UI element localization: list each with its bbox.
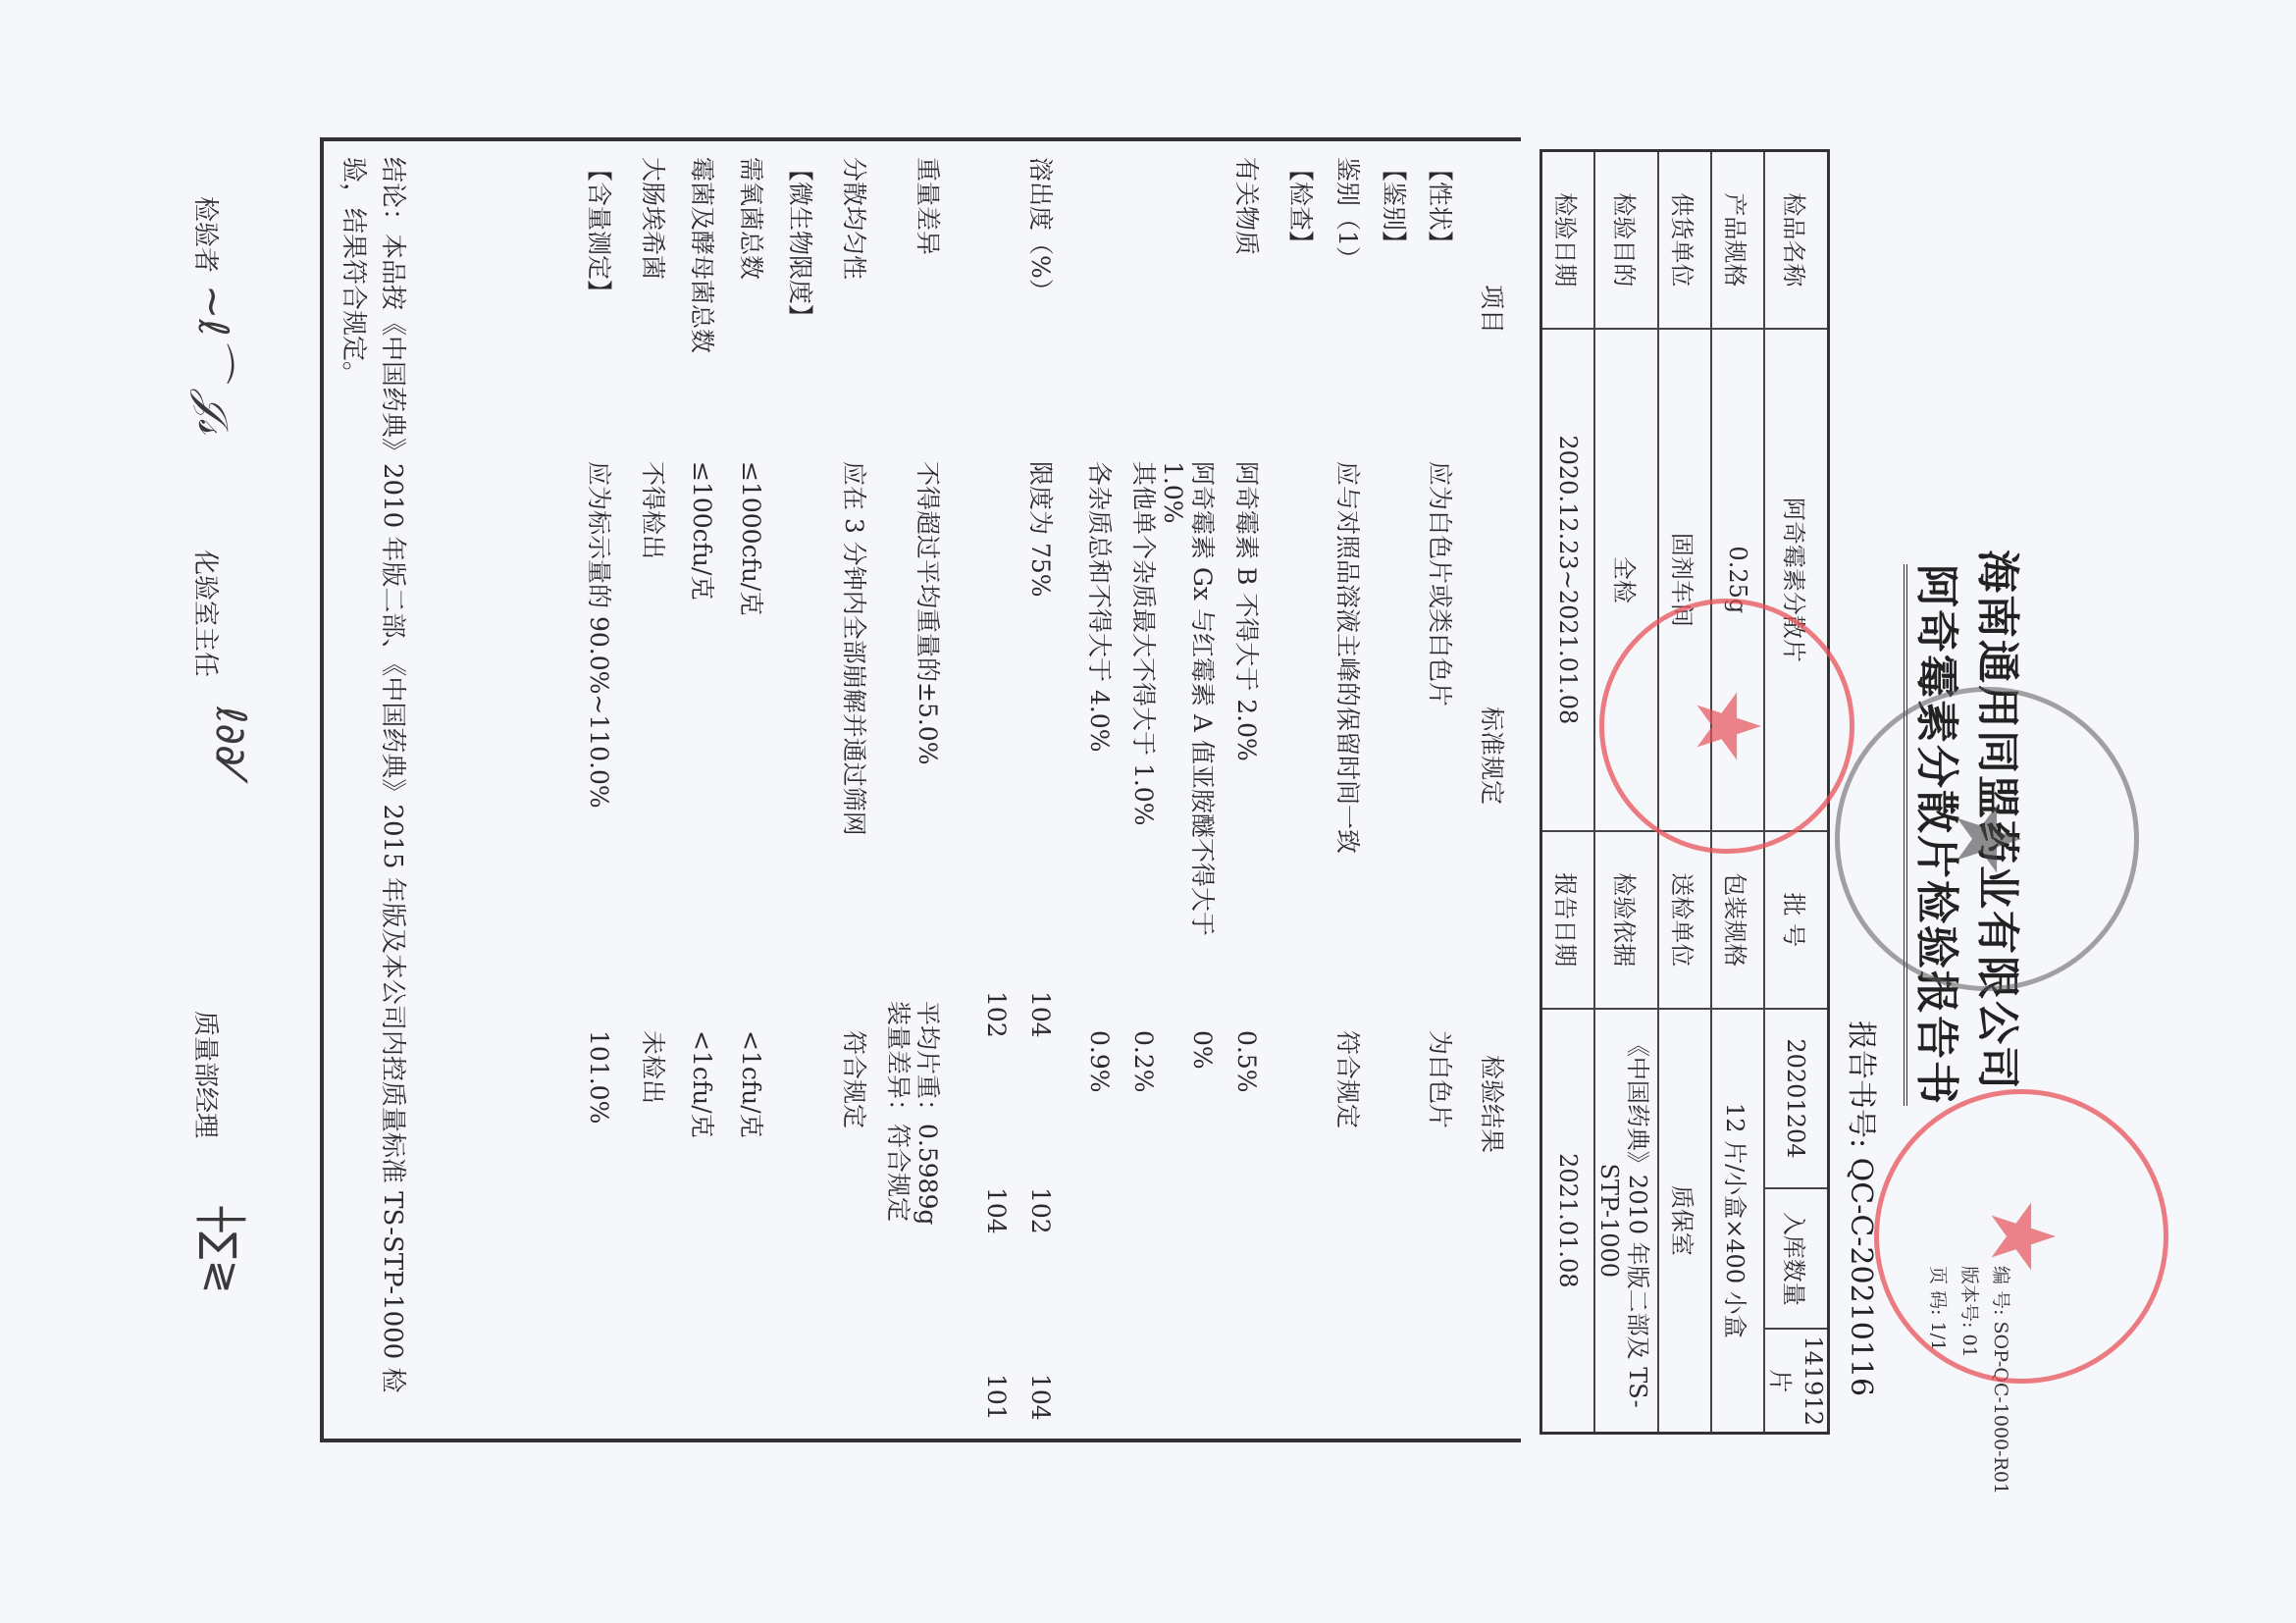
report-number-value: QC-C-20210116 (1844, 1158, 1878, 1396)
test-result: 为白色片 (1425, 1030, 1454, 1128)
star-icon: ★ (1943, 800, 2031, 879)
test-result: 符合规定 (839, 1030, 868, 1128)
qa-seal-red: ★ (1599, 599, 1854, 854)
info-label: 包装规格 (1711, 831, 1764, 1009)
test-standard: 其他单个杂质最大不得大于 1.0% (1128, 461, 1158, 825)
test-result: 0% (1187, 1030, 1217, 1070)
test-result: <1cfu/克 (736, 1030, 765, 1138)
test-result-value: 104 (981, 1187, 1011, 1234)
lab-head-signature: ℓ∂∂⁄ (207, 707, 255, 773)
column-header-result: 检验结果 (1477, 1055, 1506, 1153)
inspector-label: 检验者 (189, 196, 226, 273)
qa-manager-label: 质量部经理 (189, 1011, 226, 1138)
test-item: 需氧菌总数 (736, 157, 765, 280)
test-standard: 各杂质总和不得大于 4.0% (1084, 461, 1114, 752)
info-label: 检品名称 (1764, 151, 1829, 329)
test-result: 平均片重：0.5989g (913, 1001, 942, 1225)
test-result: 符合规定 (1332, 1030, 1362, 1128)
document-page: 海南通用同盟药业有限公司 阿奇霉素分散片检验报告书 编 号: SOP-QC-10… (0, 0, 2296, 1623)
test-item: 鉴别（1） (1332, 157, 1362, 271)
conclusion: 结论：本品按《中国药典》2010 年版二部、《中国药典》2015 年版及本公司内… (334, 157, 412, 1423)
info-label: 送检单位 (1658, 831, 1711, 1009)
test-result-value: 104 (1025, 1374, 1055, 1421)
test-standard: 应在 3 分钟内全部崩解并通过筛网 (839, 461, 868, 836)
test-standard: 应与对照品溶液主峰的保留时间一致 (1332, 461, 1362, 854)
inspector-signature: ~ℓ⌒ 𝒥𝓈 (186, 285, 245, 434)
test-result: 0.2% (1128, 1030, 1158, 1093)
info-value: 141912 片 (1764, 1329, 1829, 1433)
company-seal-gray: ★ (1835, 687, 2139, 991)
test-result: 未检出 (638, 1030, 667, 1104)
test-standard: 1.0% (1158, 461, 1187, 524)
test-item: 【微生物限度】 (785, 157, 814, 329)
test-standard: 应为标示量的 90.0%~110.0% (584, 461, 613, 809)
lab-head-label: 化验室主任 (189, 550, 226, 677)
info-value: 20201204 (1764, 1009, 1829, 1189)
test-standard: 阿奇霉素 Gx 与红霉素 A 值亚胺醚不得大于 (1187, 461, 1217, 936)
column-header-standard: 标准规定 (1477, 707, 1506, 805)
test-result: 0.5% (1231, 1030, 1261, 1093)
test-result: 0.9% (1084, 1030, 1114, 1093)
test-item: 【性状】 (1425, 157, 1454, 255)
info-value: 2021.01.08 (1541, 1009, 1595, 1434)
test-result: 101.0% (584, 1030, 613, 1124)
qa-dept-seal-red: ★ (1874, 1089, 2168, 1384)
scan-frame: 海南通用同盟药业有限公司 阿奇霉素分散片检验报告书 编 号: SOP-QC-10… (0, 0, 2296, 1623)
test-result-value: 101 (981, 1374, 1011, 1421)
test-item: 大肠埃希菌 (638, 157, 667, 280)
star-icon: ★ (1977, 1197, 2065, 1277)
info-label: 入库数量 (1764, 1188, 1829, 1329)
test-item: 【含量测定】 (584, 157, 613, 304)
report-number-label: 报告书号: (1844, 1021, 1878, 1148)
test-result: 装量差异：符合规定 (883, 1001, 913, 1222)
info-label: 供货单位 (1658, 151, 1711, 329)
info-label: 检验依据 (1594, 831, 1658, 1009)
test-standard: ≤100cfu/克 (687, 461, 716, 600)
test-item: 有关物质 (1231, 157, 1261, 255)
test-standard: 不得超过平均重量的±5.0% (913, 461, 942, 764)
test-item: 溶出度（%） (1025, 157, 1055, 303)
test-result-value: 102 (981, 991, 1011, 1038)
info-value: 《中国药典》2010 年版二部及 TS-STP-1000 (1594, 1009, 1658, 1434)
test-result-value: 102 (1025, 1187, 1055, 1234)
test-item: 【鉴别】 (1379, 157, 1408, 255)
test-standard: 限度为 75% (1025, 461, 1055, 598)
info-row: 检验日期 2020.12.23~2021.01.08 报告日期 2021.01.… (1541, 151, 1595, 1434)
test-item: 分散均匀性 (839, 157, 868, 280)
info-value: 2020.12.23~2021.01.08 (1541, 329, 1595, 831)
info-value: 12 片/小盒×400 小盒 (1711, 1009, 1764, 1434)
test-result: <1cfu/克 (687, 1030, 716, 1138)
test-standard: 不得检出 (638, 461, 667, 559)
info-label: 报告日期 (1541, 831, 1595, 1009)
column-header-item: 项目 (1477, 285, 1506, 334)
info-label: 检验目的 (1594, 151, 1658, 329)
info-label: 检验日期 (1541, 151, 1595, 329)
test-item: 【检查】 (1285, 157, 1315, 255)
qa-manager-signature: ┼∑≷ (197, 1207, 245, 1294)
info-label: 产品规格 (1711, 151, 1764, 329)
test-result-value: 104 (1025, 991, 1055, 1038)
info-label: 批 号 (1764, 831, 1829, 1009)
info-value: 质保室 (1658, 1009, 1711, 1434)
test-item: 重量差异 (913, 157, 942, 255)
test-item: 霉菌及酵母菌总数 (687, 157, 716, 353)
test-standard: 阿奇霉素 B 不得大于 2.0% (1231, 461, 1261, 761)
test-standard: 应为白色片或类白色片 (1425, 461, 1454, 707)
star-icon: ★ (1683, 687, 1771, 766)
test-standard: ≤1000cfu/克 (736, 461, 765, 615)
